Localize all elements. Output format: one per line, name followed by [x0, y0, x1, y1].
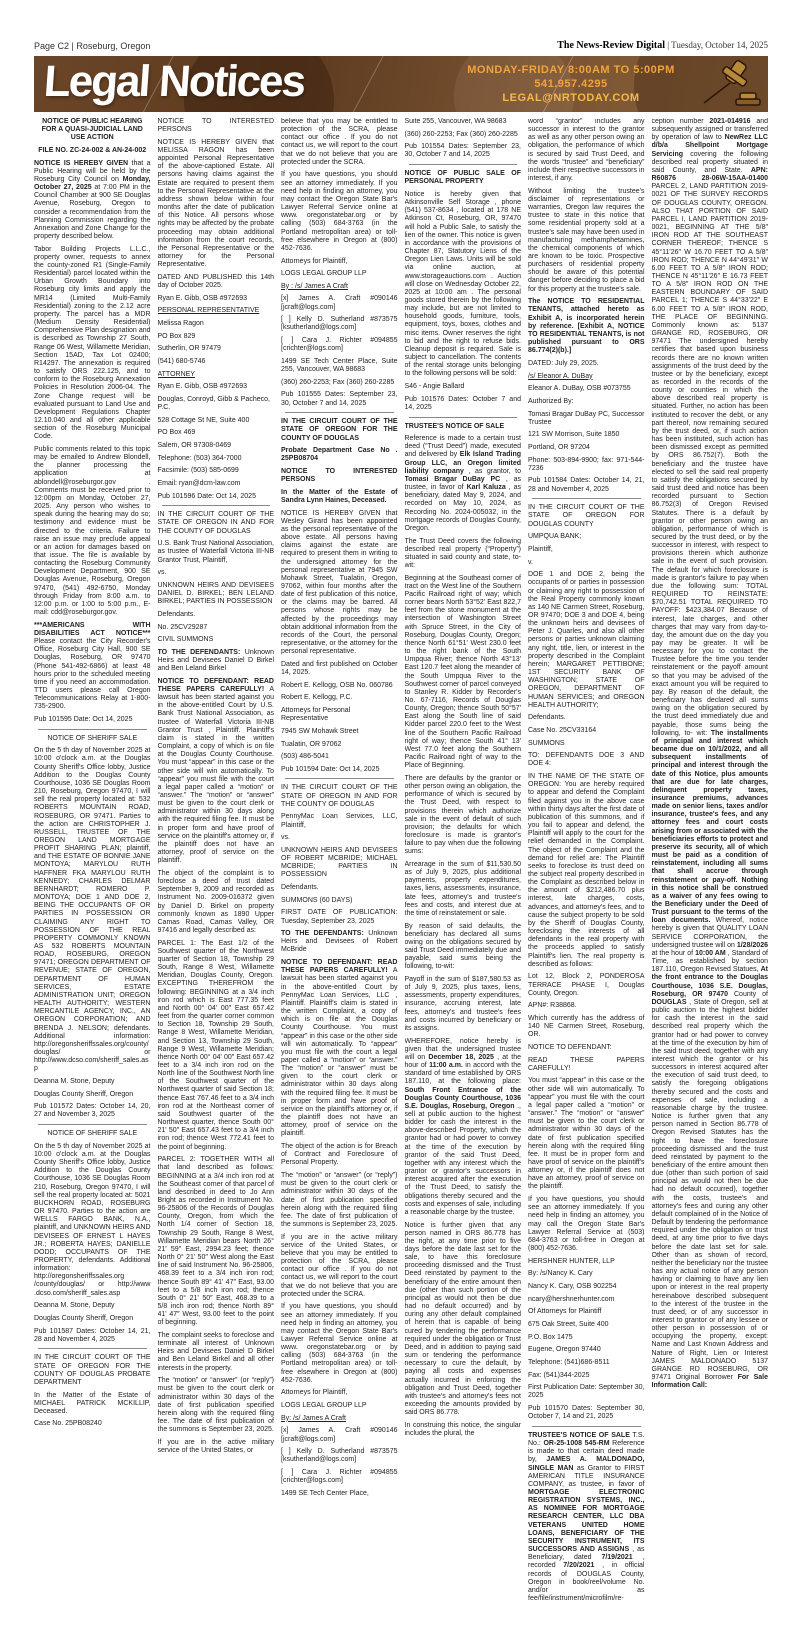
notice-text: READ THESE PAPERS CAREFULLY! — [528, 1057, 645, 1073]
notice-text: Authorized By: — [528, 398, 645, 406]
banner-email: LEGAL@NRTODAY.COM — [426, 91, 716, 105]
notice-text: (541) 680-5746 — [158, 358, 275, 366]
notice-text: IN THE NAME OF THE STATE OF OREGON: You … — [528, 773, 645, 969]
notice-text: Ryan E. Gibb, OSB #972693 — [158, 383, 275, 391]
notice-text: Pub 101570 Dates: September 30, October … — [528, 1405, 645, 1421]
notice-text: UNKNOWN HEIRS AND DEVISEES DANIEL D. BIR… — [158, 582, 275, 606]
notice-text: UNKNOWN HEIRS AND DEVISEES OF ROBERT MCB… — [281, 847, 398, 880]
notice-text: WHEREFORE, notice hereby is given that t… — [405, 1038, 522, 1217]
notice-divider — [285, 778, 394, 779]
column-6: ception number 2021-014916 and subsequen… — [652, 118, 769, 1634]
notice-text: CIVIL SUMMONS — [158, 636, 275, 644]
notice-text: TO THE DEFENDANTS: Unknown Heirs and Dev… — [158, 649, 275, 673]
notice-text: ***AMERICANS WITH DISABILITIES ACT NOTIC… — [34, 622, 151, 712]
notice-text: ncary@hershnerhunter.com — [528, 1296, 645, 1304]
notice-text: You must “appear” in this case or the ot… — [528, 1077, 645, 1191]
notice-text: The NOTICE TO RESIDENTIAL TENANTS, attac… — [528, 298, 645, 355]
banner-decor-line — [336, 56, 393, 112]
notice-text: 675 Oak Street, Suite 400 — [528, 1321, 645, 1329]
notice-text: ception number 2021-014916 and subsequen… — [652, 118, 769, 1390]
column-4: Suite 255, Vancouver, WA 98683(360) 260-… — [405, 118, 522, 1634]
notice-text: If you have questions, you should see an… — [281, 171, 398, 253]
notice-text: vs. — [281, 834, 398, 842]
notice-text: (503) 486-5041 — [281, 753, 398, 761]
banner-phone: 541.957.4295 — [426, 77, 716, 91]
notice-text: Fax: (541)344-2025 — [528, 1372, 645, 1380]
notice-text: Ryan E. Gibb, OSB #972693 — [158, 295, 275, 303]
notice-text: NOTICE TO DEFENDANT: READ THESE PAPERS C… — [158, 678, 275, 866]
notice-text: LOGS LEGAL GROUP LLP — [281, 1402, 398, 1410]
masthead: The News-Review Digital | Tuesday, Octob… — [557, 40, 768, 51]
notice-text: IN THE CIRCUIT COURT OF THE STATE OF ORE… — [158, 511, 275, 535]
notice-text: UMPQUA BANK; — [528, 533, 645, 541]
notice-text: DATED AND PUBLISHED this 14th day of Oct… — [158, 274, 275, 290]
legal-notices-banner: Legal Notices MONDAY-FRIDAY 8:00AM TO 5:… — [34, 56, 768, 112]
notice-text: Salem, OR 97308-0469 — [158, 442, 275, 450]
notice-text: If you are in the active military servic… — [281, 1234, 398, 1299]
notice-text: [ ] Cara J. Richter #094855 [crichter@lo… — [281, 1469, 398, 1485]
notice-text: NOTICE OF PUBLIC SALE OF PERSONAL PROPER… — [405, 170, 522, 186]
banner-title: Legal Notices — [42, 57, 306, 107]
notice-text: U.S. Bank Trust National Association, as… — [158, 540, 275, 564]
notice-text: In construing this notice, the singular … — [405, 1422, 522, 1438]
notice-text: TO: DEFENDANTS DOE 3 AND DOE 4: — [528, 752, 645, 768]
notice-text: (360) 260-2253; Fax (360) 260-2285 — [405, 131, 522, 139]
notice-text: [ ] Kelly D. Sutherland #873575 [ksuther… — [281, 1448, 398, 1464]
notice-text: TRUSTEE'S NOTICE OF SALE — [405, 423, 522, 431]
notice-text: Telephone: (503) 364-7000 — [158, 455, 275, 463]
notice-text: Email: ryan@dcm-law.com — [158, 480, 275, 488]
notice-text: IN THE CIRCUIT COURT OF THE STATE OF ORE… — [281, 784, 398, 808]
notice-text: TRUSTEE'S NOTICE OF SALE T.S. No.: OR-25… — [528, 1432, 645, 1603]
notice-text: There are defaults by the grantor or oth… — [405, 775, 522, 857]
column-2: NOTICE TO INTERESTED PERSONSNOTICE IS HE… — [158, 118, 275, 1634]
masthead-title: The News-Review Digital — [557, 40, 665, 51]
notice-text: Pub 101595 Date: Oct 14, 2025 — [34, 716, 151, 724]
notice-text: believe that you may be entitled to prot… — [281, 118, 398, 167]
notice-text: word “grantor” includes any successor in… — [528, 118, 645, 183]
notice-text: Douglas County Sheriff, Oregon — [34, 1315, 151, 1323]
banner-contact-info: MONDAY-FRIDAY 8:00AM TO 5:00PM 541.957.4… — [426, 63, 716, 105]
notice-text: Deanna M. Stone, Deputy — [34, 1302, 151, 1310]
notice-text: Melissa Ragon — [158, 320, 275, 328]
notice-text: PARCEL 1: The East 1/2 of the Southwest … — [158, 940, 275, 1152]
notice-text: Arrearage in the sum of $11,530.50 as of… — [405, 861, 522, 918]
notice-text: Pub 101584 Dates: October 14, 21, 28 and… — [528, 477, 645, 493]
legal-notices-columns: NOTICE OF PUBLIC HEARING FOR A QUASI-JUD… — [0, 112, 792, 1634]
notice-text: DATED: July 29, 2025. — [528, 360, 645, 368]
notice-text: Nancy K. Cary, OSB 902254 — [528, 1283, 645, 1291]
page-top-bar: Page C2 | Roseburg, Oregon The News-Revi… — [0, 0, 792, 54]
notice-heading: NOTICE OF SHERIFF SALE — [34, 735, 151, 743]
notice-text: By : /s/ James A Craft — [281, 283, 398, 291]
notice-text: Robert E. Kellogg, P.C. — [281, 694, 398, 702]
notice-text: Attorneys for Personal Representative — [281, 707, 398, 723]
notice-text: NOTICE TO DEFENDANT: — [528, 1044, 645, 1052]
notice-divider — [532, 498, 641, 499]
notice-divider — [38, 1124, 147, 1125]
notice-text: Probate Department Case No . 25PB08704 — [281, 447, 398, 463]
notice-text: The “motion” or “answer” (or “reply”) mu… — [281, 1172, 398, 1229]
notice-text: (360) 260-2253; Fax (360) 260-2285 — [281, 379, 398, 387]
notice-text: Notice is further given that any person … — [405, 1222, 522, 1418]
notice-text: Payoff in the sum of $187,580.53 as of J… — [405, 976, 522, 1033]
notice-text: Phone: 503-894-9900; fax: 971-544-7236 — [528, 457, 645, 473]
notice-text: [x] James A. Craft #090146 [jcraft@logs.… — [281, 295, 398, 311]
notice-text: Robert E. Kellogg, OSB No. 060786 — [281, 682, 398, 690]
notice-text: Eugene, Oregon 97440 — [528, 1346, 645, 1354]
notice-text: IN THE CIRCUIT COURT OF THE STATE OF ORE… — [528, 504, 645, 528]
notice-divider — [285, 412, 394, 413]
notice-text: IN THE CIRCUIT COURT OF THE STATE OF ORE… — [34, 1354, 151, 1387]
notice-text: The “motion” or “answer” (or “reply”) mu… — [158, 1377, 275, 1434]
notice-divider — [38, 729, 147, 730]
notice-text: Defendants. — [158, 611, 275, 619]
notice-text: v. — [528, 559, 645, 567]
notice-text: APN#: R38868. — [528, 1002, 645, 1010]
notice-text: Douglas, Conroyd, Gibb & Pacheco, P.C. — [158, 396, 275, 412]
notice-text: NOTICE IS HEREBY GIVEN that a Public Hea… — [34, 160, 151, 242]
notice-text: SUMMONS — [528, 740, 645, 748]
notice-text: Without limiting the trustee's disclaime… — [528, 188, 645, 294]
notice-text: Douglas County Sheriff, Oregon — [34, 1091, 151, 1099]
notice-text: Pub 101587 Dates: October 14, 21, 28 and… — [34, 1328, 151, 1344]
notice-text: Sutherlin, OR 97479 — [158, 345, 275, 353]
notice-text: Attorneys for Plaintiff, — [281, 258, 398, 266]
notice-divider — [409, 164, 518, 165]
notice-text: Pub 101576 Dates: October 7 and 14, 2025 — [405, 396, 522, 412]
notice-text: Pub 101572 Dates: October 14, 20, 27 and… — [34, 1103, 151, 1119]
notice-text: NOTICE IS HEREBY GIVEN that MELISSA RAGO… — [158, 139, 275, 270]
notice-text: Lot 12, Block 2, PONDEROSA TERRACE PHASE… — [528, 973, 645, 997]
notice-text: By: /s/Nancy K. Cary — [528, 1270, 645, 1278]
notice-text: Tabor Building Projects L.L.C., property… — [34, 246, 151, 442]
notice-text: Defendants. — [281, 884, 398, 892]
notice-text: 7945 SW Mohawk Street — [281, 728, 398, 736]
notice-text: If you have questions, you should see an… — [281, 1303, 398, 1385]
notice-text: NOTICE TO INTERESTED PERSONS — [158, 118, 275, 134]
notice-text: First Publication Date: September 30, 20… — [528, 1384, 645, 1400]
gavel-icon — [692, 59, 764, 111]
notice-text: The object of the complaint is to forecl… — [158, 870, 275, 935]
notice-text: PARCEL 2: TOGETHER WITH all that land de… — [158, 1156, 275, 1327]
notice-text: NOTICE TO DEFENDANT: READ THESE PAPERS C… — [281, 959, 398, 1138]
masthead-date: | Tuesday, October 14, 2025 — [665, 40, 768, 50]
notice-text: SUMMONS (60 DAYS) — [281, 897, 398, 905]
notice-text: By: /s/ James A Craft — [281, 1415, 398, 1423]
notice-text: [ ] Kelly D. Sutherland #873575 [ksuther… — [281, 316, 398, 332]
notice-text: [ ] Cara J. Richter #094855 [crichter@lo… — [281, 337, 398, 353]
notice-text: IN THE CIRCUIT COURT OF THE STATE OF ORE… — [281, 418, 398, 442]
notice-text: In the Matter of the Estate of Sandra Ly… — [281, 489, 398, 505]
notice-text: Reference is made to a certain trust dee… — [405, 435, 522, 533]
notice-text: Of Attorneys for Plaintiff — [528, 1308, 645, 1316]
notice-text: PennyMac Loan Services, LLC, Plaintiff, — [281, 813, 398, 829]
notice-divider — [409, 417, 518, 418]
notice-text: Pub 101554 Dates: September 23, 30, Octo… — [405, 143, 522, 159]
notice-text: 1499 SE Tech Center Place, Suite 255, Va… — [281, 358, 398, 374]
notice-text: Which currently has the address of 140 N… — [528, 1015, 645, 1039]
column-5: word “grantor” includes any successor in… — [528, 118, 645, 1634]
notice-text: Telephone: (541)686-8511 — [528, 1359, 645, 1367]
notice-text: vs. — [158, 569, 275, 577]
notice-text: Public comments related to this topic ma… — [34, 446, 151, 617]
notice-text: If you have questions, you should see an… — [528, 1196, 645, 1253]
notice-text: Attorneys for Plaintiff, — [281, 1389, 398, 1397]
notice-text: On the 5 th day of November 2025 at 10:0… — [34, 747, 151, 1073]
notice-text: Defendants. — [528, 714, 645, 722]
notice-text: PO Box 829 — [158, 333, 275, 341]
notice-text: Tualatin, OR 97062 — [281, 741, 398, 749]
notice-text: The Trust Deed covers the following desc… — [405, 538, 522, 571]
notice-text: NOTICE TO INTERESTED PERSONS — [281, 468, 398, 484]
notice-text: 1499 SE Tech Center Place, — [281, 1490, 398, 1498]
notice-text: Tomasi Bragar DuBay PC, Successor Truste… — [528, 411, 645, 427]
notice-text: [x] James A. Craft #090146 [jcraft@logs.… — [281, 1427, 398, 1443]
notice-text: Notice is hereby given that Atkinsonvill… — [405, 191, 522, 379]
notice-text: Pub 101594 Date: Oct 14, 2025 — [281, 766, 398, 774]
notice-text: On the 5 th day of November 2025 at 10:0… — [34, 1143, 151, 1298]
notice-text: Case No. 25CV33164 — [528, 727, 645, 735]
notice-text: HERSHNER HUNTER, LLP — [528, 1258, 645, 1266]
notice-text: NOTICE IS HEREBY GIVEN that Wesley Girar… — [281, 510, 398, 657]
notice-text: /s/ Eleanor A. DuBay — [528, 373, 645, 381]
notice-text: S46 - Angie Ballard — [405, 383, 522, 391]
notice-divider — [532, 1426, 641, 1427]
notice-text: Dated and first published on October 14,… — [281, 661, 398, 677]
notice-text: The object of the action is for Breach o… — [281, 1143, 398, 1167]
notice-text: In the Matter of the Estate of MICHAEL P… — [34, 1392, 151, 1416]
notice-text: The complaint seeks to foreclose and ter… — [158, 1332, 275, 1373]
column-1: NOTICE OF PUBLIC HEARING FOR A QUASI-JUD… — [34, 118, 151, 1634]
notice-heading: NOTICE OF PUBLIC HEARING FOR A QUASI-JUD… — [34, 118, 151, 142]
notice-text: Facsimile: (503) 585-0699 — [158, 467, 275, 475]
notice-text: FIRST DATE OF PUBLICATION: Tuesday, Sept… — [281, 909, 398, 925]
notice-text: Deanna M. Stone, Deputy — [34, 1078, 151, 1086]
notice-text: Plaintiff, — [528, 546, 645, 554]
notice-text: PERSONAL REPRESENTATIVE — [158, 307, 275, 315]
notice-text: Pub 101555 Dates: September 23, 30, Octo… — [281, 391, 398, 407]
notice-text: 528 Cottage St NE, Suite 400 — [158, 417, 275, 425]
notice-divider — [162, 505, 271, 506]
notice-text: Suite 255, Vancouver, WA 98683 — [405, 118, 522, 126]
notice-text: Eleanor A. DuBay, OSB #073755 — [528, 385, 645, 393]
notice-text: P.O. Box 1475 — [528, 1334, 645, 1342]
notice-text: DOE 1 and DOE 2, being the occupants of … — [528, 571, 645, 710]
notice-text: ATTORNEY — [158, 371, 275, 379]
notice-text: Portland, OR 97204 — [528, 444, 645, 452]
page-label: Page C2 | Roseburg, Oregon — [34, 41, 150, 51]
notice-text: Case No. 25PB08240 — [34, 1420, 151, 1428]
banner-hours: MONDAY-FRIDAY 8:00AM TO 5:00PM — [426, 63, 716, 77]
notice-heading: FILE NO. ZC-24-002 & AN-24-002 — [34, 147, 151, 155]
notice-text: PO Box 469 — [158, 429, 275, 437]
notice-text: LOGS LEGAL GROUP LLP — [281, 270, 398, 278]
column-3: believe that you may be entitled to prot… — [281, 118, 398, 1634]
notice-text: Beginning at the Southeast corner of tra… — [405, 575, 522, 771]
notice-heading: NOTICE OF SHERIFF SALE — [34, 1130, 151, 1138]
notice-text: TO THE DEFENDANTS: Unknown Heirs and Dev… — [281, 930, 398, 954]
notice-text: If you are in the active military servic… — [158, 1439, 275, 1455]
notice-text: Pub 101596 Date: Oct 14, 2025 — [158, 493, 275, 501]
notice-divider — [38, 1348, 147, 1349]
notice-text: 121 SW Morrison, Suite 1850 — [528, 431, 645, 439]
notice-text: No. 25CV29287 — [158, 624, 275, 632]
notice-text: By reason of said defaults, the benefici… — [405, 923, 522, 972]
